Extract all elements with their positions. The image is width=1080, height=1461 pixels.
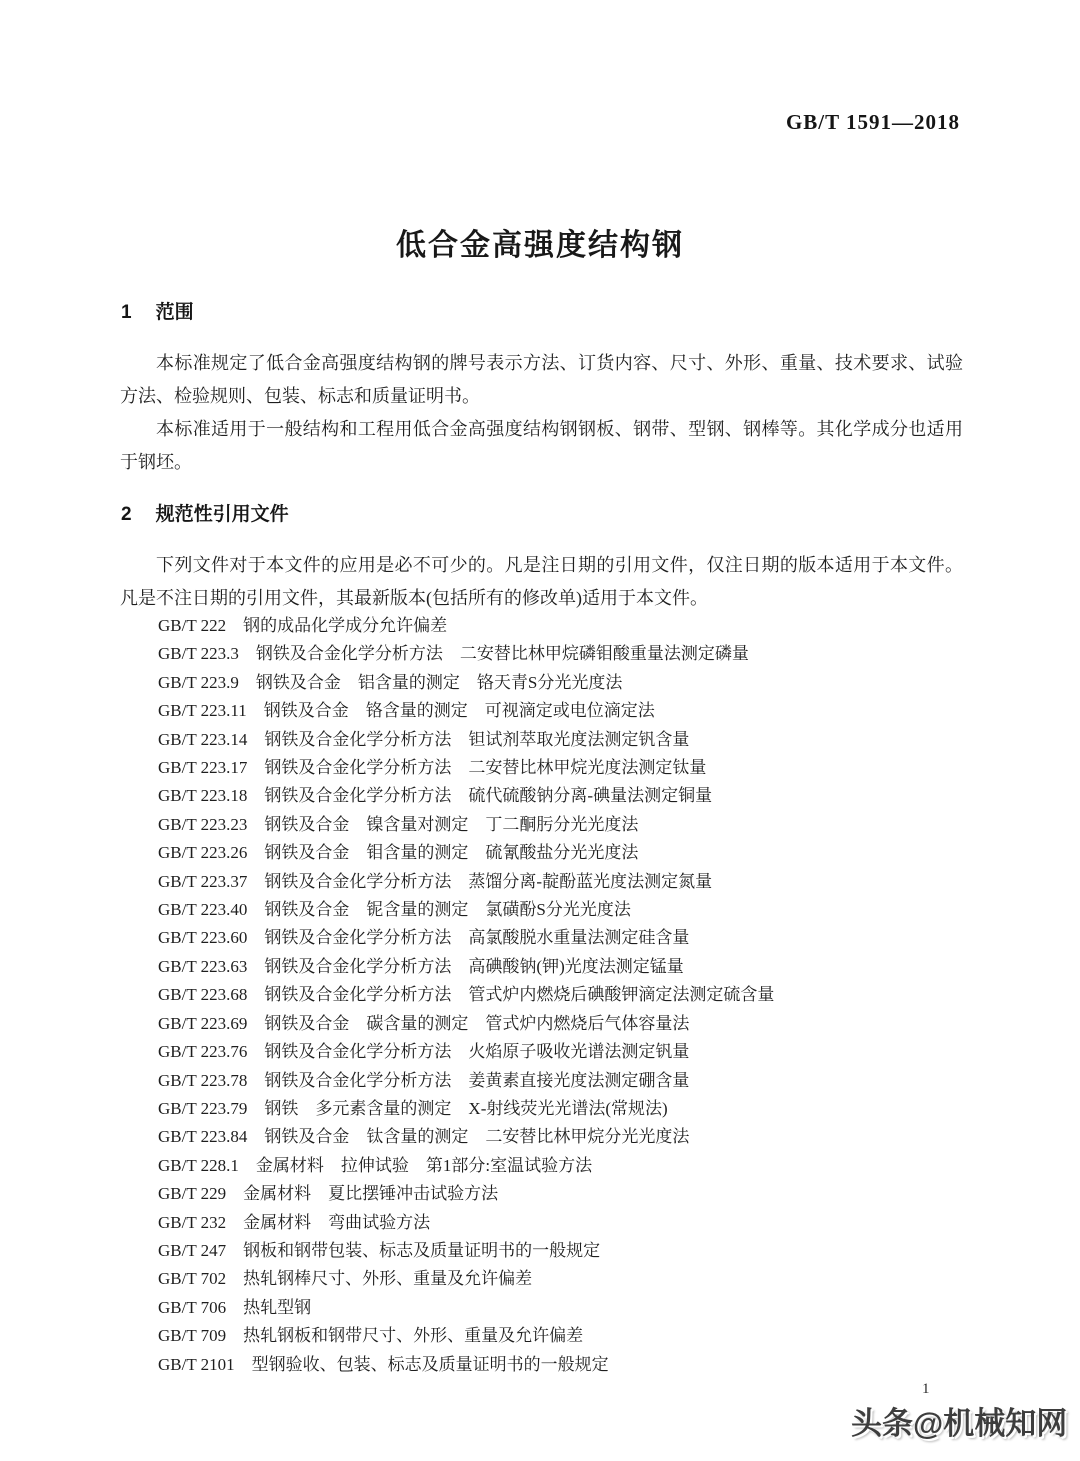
reference-code: GB/T 223.17 [158,758,247,777]
reference-code: GB/T 223.68 [158,985,247,1004]
reference-title: 钢铁及合金化学分析方法 高碘酸钠(钾)光度法测定锰量 [264,957,683,976]
reference-item: GB/T 223.68钢铁及合金化学分析方法 管式炉内燃烧后碘酸钾滴定法测定硫含… [158,981,774,1009]
reference-title: 钢铁及合金化学分析方法 火焰原子吸收光谱法测定钒量 [264,1042,689,1061]
section-number: 2 [121,504,132,525]
reference-item: GB/T 223.76钢铁及合金化学分析方法 火焰原子吸收光谱法测定钒量 [158,1038,774,1066]
reference-item: GB/T 223.14钢铁及合金化学分析方法 钽试剂萃取光度法测定钒含量 [158,726,774,754]
reference-item: GB/T 223.79钢铁 多元素含量的测定 X-射线荧光光谱法(常规法) [158,1095,774,1123]
reference-title: 热轧钢板和钢带尺寸、外形、重量及允许偏差 [243,1326,583,1345]
paragraph: 下列文件对于本文件的应用是必不可少的。凡是注日期的引用文件，仅注日期的版本适用于… [120,549,963,615]
reference-code: GB/T 247 [158,1241,226,1260]
reference-title: 钢铁及合金 钛含量的测定 二安替比林甲烷分光光度法 [264,1127,689,1146]
reference-title: 钢铁及合金化学分析方法 二安替比林甲烷磷钼酸重量法测定磷量 [256,644,749,663]
reference-title: 钢铁及合金 铝含量的测定 铬天青S分光光度法 [256,673,622,692]
reference-item: GB/T 709热轧钢板和钢带尺寸、外形、重量及允许偏差 [158,1322,774,1350]
reference-code: GB/T 2101 [158,1355,235,1374]
section-number: 1 [121,302,132,323]
page-number: 1 [922,1381,930,1398]
reference-item: GB/T 223.26钢铁及合金 钼含量的测定 硫氰酸盐分光光度法 [158,839,774,867]
reference-item: GB/T 247钢板和钢带包装、标志及质量证明书的一般规定 [158,1237,774,1265]
reference-title: 热轧型钢 [243,1298,311,1317]
reference-item: GB/T 223.3钢铁及合金化学分析方法 二安替比林甲烷磷钼酸重量法测定磷量 [158,640,774,668]
reference-code: GB/T 223.26 [158,843,247,862]
reference-title: 钢铁及合金化学分析方法 硫代硫酸钠分离-碘量法测定铜量 [264,786,712,805]
references-list: GB/T 222钢的成品化学成分允许偏差 GB/T 223.3钢铁及合金化学分析… [158,612,774,1379]
reference-code: GB/T 232 [158,1213,226,1232]
reference-item: GB/T 223.37钢铁及合金化学分析方法 蒸馏分离-靛酚蓝光度法测定氮量 [158,868,774,896]
reference-title: 钢铁及合金 镍含量对测定 丁二酮肟分光光度法 [264,815,638,834]
watermark: 头条@机械知网 [851,1398,1067,1443]
section-2-heading: 2规范性引用文件 [121,499,289,526]
reference-title: 热轧钢棒尺寸、外形、重量及允许偏差 [243,1269,532,1288]
reference-item: GB/T 223.18钢铁及合金化学分析方法 硫代硫酸钠分离-碘量法测定铜量 [158,782,774,810]
reference-title: 钢铁及合金化学分析方法 蒸馏分离-靛酚蓝光度法测定氮量 [264,872,712,891]
reference-code: GB/T 223.63 [158,957,247,976]
standard-code: GB/T 1591—2018 [786,110,960,135]
reference-item: GB/T 706热轧型钢 [158,1294,774,1322]
reference-code: GB/T 228.1 [158,1156,239,1175]
reference-item: GB/T 223.63钢铁及合金化学分析方法 高碘酸钠(钾)光度法测定锰量 [158,953,774,981]
section-2-intro: 下列文件对于本文件的应用是必不可少的。凡是注日期的引用文件，仅注日期的版本适用于… [120,549,963,615]
reference-code: GB/T 223.84 [158,1127,247,1146]
reference-code: GB/T 709 [158,1326,226,1345]
reference-code: GB/T 223.18 [158,786,247,805]
reference-item: GB/T 228.1金属材料 拉伸试验 第1部分:室温试验方法 [158,1152,774,1180]
reference-item: GB/T 223.69钢铁及合金 碳含量的测定 管式炉内燃烧后气体容量法 [158,1010,774,1038]
reference-title: 钢铁及合金化学分析方法 高氯酸脱水重量法测定硅含量 [264,928,689,947]
reference-item: GB/T 223.11钢铁及合金 铬含量的测定 可视滴定或电位滴定法 [158,697,774,725]
section-title: 范围 [156,302,194,323]
document-page: GB/T 1591—2018 低合金高强度结构钢 1范围 本标准规定了低合金高强… [0,0,1080,1461]
reference-title: 钢铁及合金 碳含量的测定 管式炉内燃烧后气体容量法 [264,1014,689,1033]
reference-title: 钢铁 多元素含量的测定 X-射线荧光光谱法(常规法) [264,1099,667,1118]
reference-item: GB/T 223.23钢铁及合金 镍含量对测定 丁二酮肟分光光度法 [158,811,774,839]
reference-item: GB/T 223.84钢铁及合金 钛含量的测定 二安替比林甲烷分光光度法 [158,1123,774,1151]
paragraph: 本标准适用于一般结构和工程用低合金高强度结构钢钢板、钢带、型钢、钢棒等。其化学成… [120,413,963,479]
reference-code: GB/T 223.11 [158,701,247,720]
reference-title: 钢铁及合金化学分析方法 管式炉内燃烧后碘酸钾滴定法测定硫含量 [264,985,774,1004]
reference-item: GB/T 223.9钢铁及合金 铝含量的测定 铬天青S分光光度法 [158,669,774,697]
section-title: 规范性引用文件 [156,504,289,525]
reference-code: GB/T 702 [158,1269,226,1288]
reference-item: GB/T 2101型钢验收、包装、标志及质量证明书的一般规定 [158,1351,774,1379]
reference-code: GB/T 222 [158,616,226,635]
reference-code: GB/T 706 [158,1298,226,1317]
reference-code: GB/T 223.3 [158,644,239,663]
reference-title: 钢的成品化学成分允许偏差 [243,616,447,635]
reference-item: GB/T 223.78钢铁及合金化学分析方法 姜黄素直接光度法测定硼含量 [158,1067,774,1095]
reference-code: GB/T 223.40 [158,900,247,919]
reference-title: 型钢验收、包装、标志及质量证明书的一般规定 [252,1355,609,1374]
reference-code: GB/T 223.60 [158,928,247,947]
reference-item: GB/T 229金属材料 夏比摆锤冲击试验方法 [158,1180,774,1208]
document-title: 低合金高强度结构钢 [0,220,1080,264]
paragraph: 本标准规定了低合金高强度结构钢的牌号表示方法、订货内容、尺寸、外形、重量、技术要… [120,347,963,413]
reference-code: GB/T 223.14 [158,730,247,749]
reference-code: GB/T 229 [158,1184,226,1203]
reference-title: 钢板和钢带包装、标志及质量证明书的一般规定 [243,1241,600,1260]
reference-title: 钢铁及合金化学分析方法 姜黄素直接光度法测定硼含量 [264,1071,689,1090]
reference-item: GB/T 223.17钢铁及合金化学分析方法 二安替比林甲烷光度法测定钛量 [158,754,774,782]
reference-title: 钢铁及合金 钼含量的测定 硫氰酸盐分光光度法 [264,843,638,862]
reference-item: GB/T 702热轧钢棒尺寸、外形、重量及允许偏差 [158,1265,774,1293]
reference-code: GB/T 223.78 [158,1071,247,1090]
reference-title: 钢铁及合金化学分析方法 二安替比林甲烷光度法测定钛量 [264,758,706,777]
reference-code: GB/T 223.9 [158,673,239,692]
reference-code: GB/T 223.69 [158,1014,247,1033]
reference-code: GB/T 223.76 [158,1042,247,1061]
reference-title: 钢铁及合金化学分析方法 钽试剂萃取光度法测定钒含量 [264,730,689,749]
reference-item: GB/T 222钢的成品化学成分允许偏差 [158,612,774,640]
reference-title: 金属材料 弯曲试验方法 [243,1213,430,1232]
reference-title: 钢铁及合金 铌含量的测定 氯磺酚S分光光度法 [264,900,630,919]
reference-title: 钢铁及合金 铬含量的测定 可视滴定或电位滴定法 [264,701,655,720]
reference-title: 金属材料 拉伸试验 第1部分:室温试验方法 [256,1156,592,1175]
reference-item: GB/T 232金属材料 弯曲试验方法 [158,1209,774,1237]
reference-item: GB/T 223.40钢铁及合金 铌含量的测定 氯磺酚S分光光度法 [158,896,774,924]
reference-code: GB/T 223.37 [158,872,247,891]
section-1-heading: 1范围 [121,297,194,324]
reference-code: GB/T 223.23 [158,815,247,834]
reference-code: GB/T 223.79 [158,1099,247,1118]
section-1-body: 本标准规定了低合金高强度结构钢的牌号表示方法、订货内容、尺寸、外形、重量、技术要… [120,347,963,479]
reference-title: 金属材料 夏比摆锤冲击试验方法 [243,1184,498,1203]
reference-item: GB/T 223.60钢铁及合金化学分析方法 高氯酸脱水重量法测定硅含量 [158,924,774,952]
